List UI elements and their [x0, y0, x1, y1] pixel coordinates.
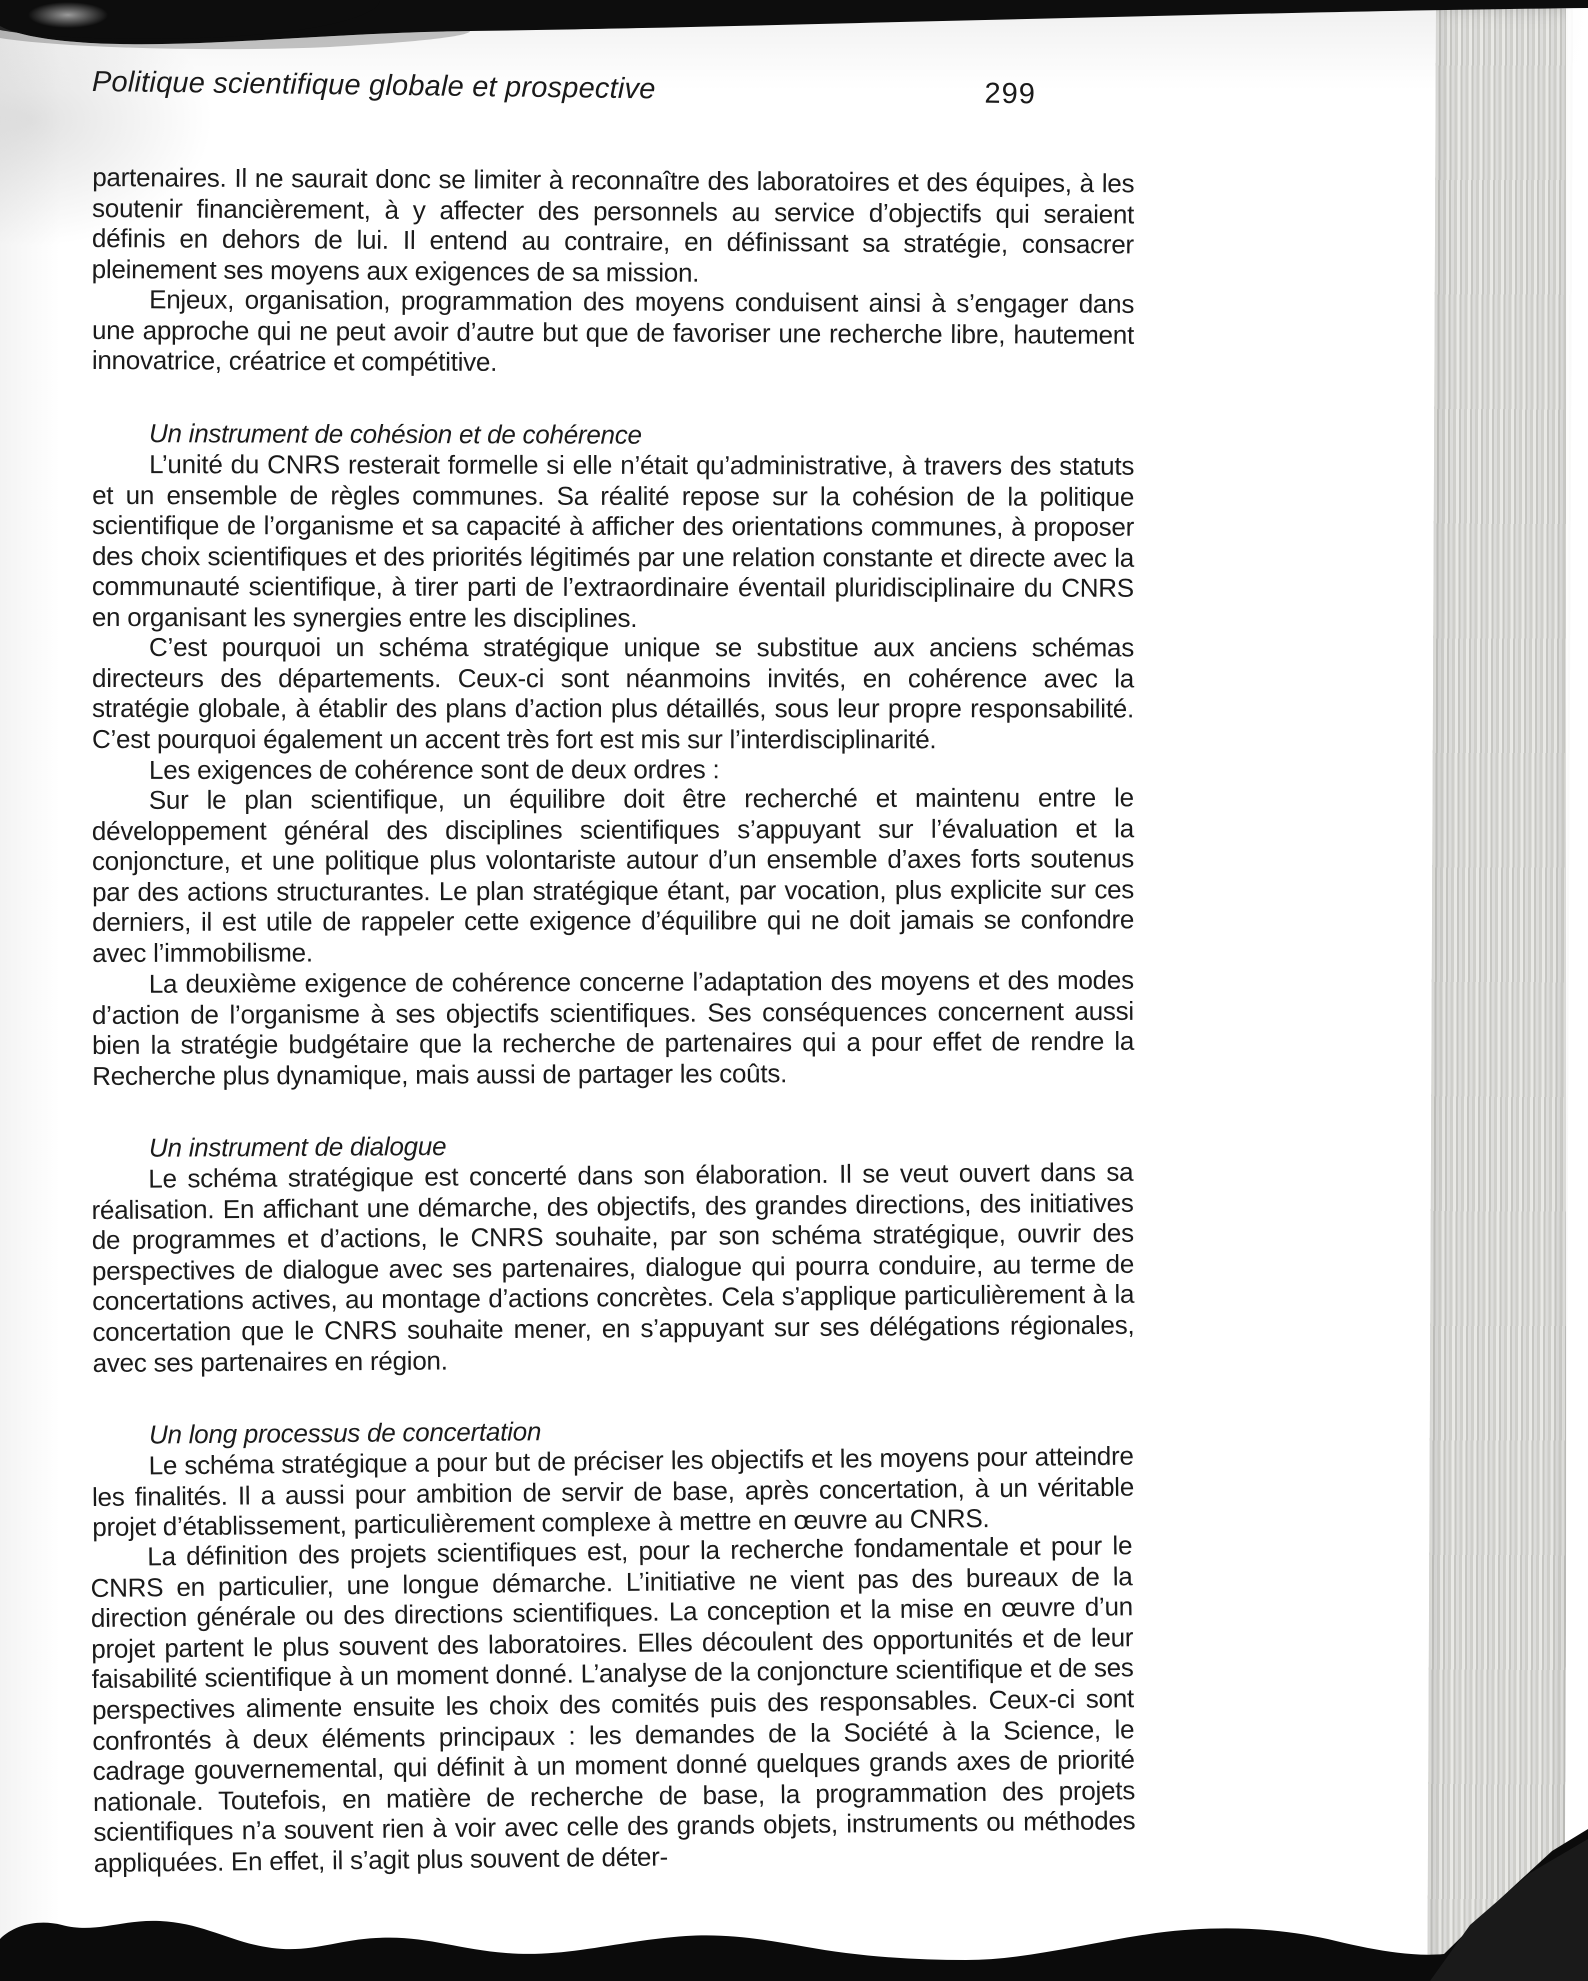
paragraph: Le schéma stratégique est concerté dans … — [91, 1157, 1134, 1378]
scanner-top-edge — [0, 0, 1588, 70]
paragraph: Enjeux, organisation, programmation des … — [92, 284, 1134, 381]
book-page-stack-edge — [1427, 8, 1573, 1981]
running-header-title: Politique scientifique globale et prospe… — [92, 66, 656, 106]
scan-smudge — [28, 2, 108, 28]
paragraph: C’est pourquoi un schéma stratégique uni… — [92, 632, 1134, 755]
paragraph: La deuxième exigence de cohérence concer… — [92, 965, 1134, 1092]
page-number: 299 — [984, 78, 1036, 112]
running-header: Politique scientifique globale et prospe… — [92, 66, 1036, 111]
page-stack-highlight — [1566, 8, 1588, 1828]
paragraph: Les exigences de cohérence sont de deux … — [92, 753, 1134, 785]
paragraph: Sur le plan scientifique, un équilibre d… — [92, 783, 1134, 969]
scanned-book-page: Politique scientifique globale et prospe… — [0, 0, 1588, 1981]
page-body: partenaires. Il ne saurait donc se limit… — [92, 162, 1134, 1879]
paragraph: La définition des projets scientifiques … — [90, 1531, 1136, 1879]
paragraph: L’unité du CNRS resterait formelle si el… — [92, 449, 1134, 634]
section-heading: Un instrument de cohésion et de cohérenc… — [92, 418, 1134, 452]
paragraph: partenaires. Il ne saurait donc se limit… — [92, 162, 1135, 291]
paragraph: Le schéma stratégique a pour but de préc… — [92, 1440, 1135, 1542]
